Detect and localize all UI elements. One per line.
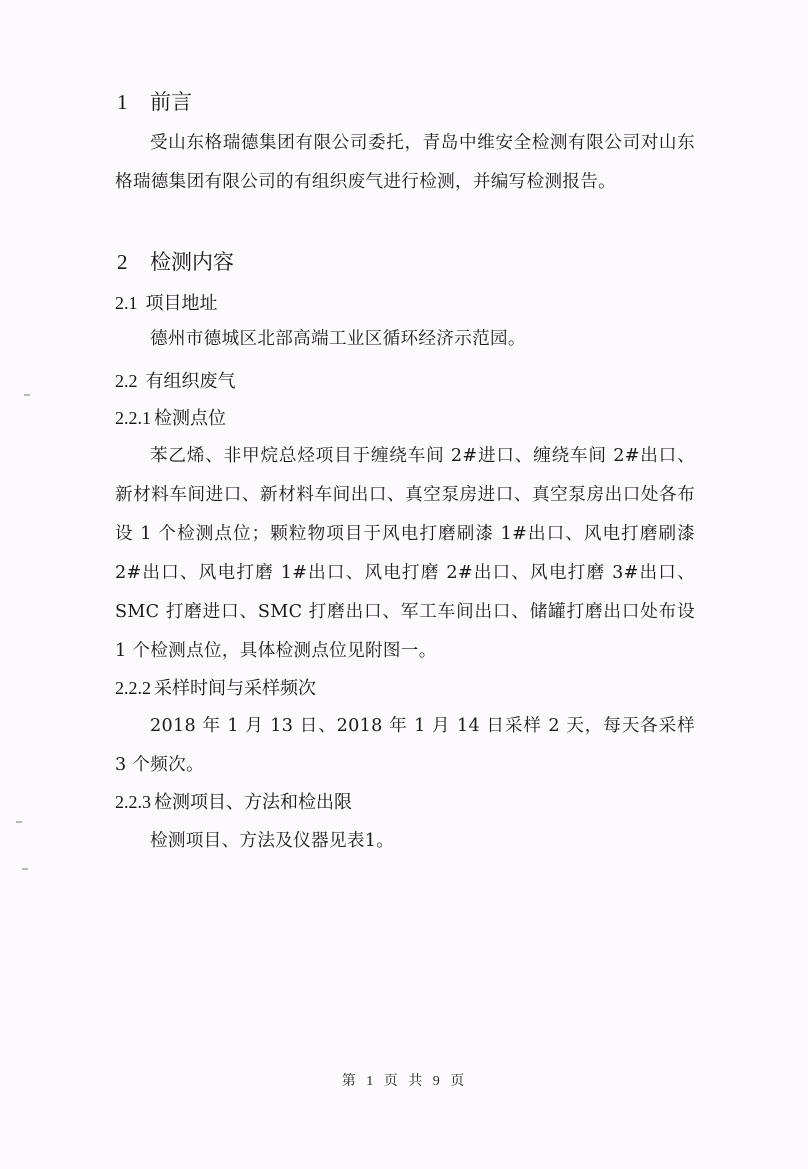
heading-detection-items: 2.2.3检测项目、方法和检出限 bbox=[115, 791, 352, 814]
sampling-time-paragraph: 2018 年 1 月 13 日、2018 年 1 月 14 日采样 2 天，每天… bbox=[115, 707, 695, 785]
section-title: 有组织废气 bbox=[146, 371, 236, 392]
section-title: 项目地址 bbox=[146, 293, 218, 314]
preface-paragraph: 受山东格瑞德集团有限公司委托，青岛中维安全检测有限公司对山东格瑞德集团有限公司的… bbox=[115, 124, 695, 202]
heading-preface: 1前言 bbox=[117, 90, 192, 114]
detection-items-paragraph: 检测项目、方法及仪器见表1。 bbox=[115, 822, 695, 861]
section-title: 采样时间与采样频次 bbox=[154, 678, 316, 699]
project-address-paragraph: 德州市德城区北部高端工业区循环经济示范园。 bbox=[115, 320, 695, 359]
section-number: 2.2.2 bbox=[115, 678, 151, 698]
heading-project-address: 2.1项目地址 bbox=[115, 292, 218, 315]
page-number-footer: 第 1 页 共 9 页 bbox=[0, 1070, 808, 1090]
heading-organized-exhaust: 2.2有组织废气 bbox=[115, 370, 236, 393]
scan-artifact bbox=[24, 394, 30, 396]
section-number: 2.1 bbox=[115, 293, 138, 313]
heading-sampling-time: 2.2.2采样时间与采样频次 bbox=[115, 677, 316, 700]
section-number: 2.2 bbox=[115, 371, 138, 391]
section-number: 2.2.3 bbox=[115, 792, 151, 812]
heading-detection-content: 2检测内容 bbox=[117, 250, 234, 274]
scan-artifact bbox=[22, 868, 28, 870]
section-title: 检测内容 bbox=[150, 250, 234, 274]
section-title: 检测点位 bbox=[154, 408, 226, 429]
detection-points-paragraph: 苯乙烯、非甲烷总烃项目于缠绕车间 2#进口、缠绕车间 2#出口、新材料车间进口、… bbox=[115, 437, 695, 671]
section-title: 检测项目、方法和检出限 bbox=[154, 792, 352, 813]
section-title: 前言 bbox=[150, 90, 192, 114]
scan-artifact bbox=[16, 821, 22, 823]
section-number: 2.2.1 bbox=[115, 408, 151, 428]
document-page: 1前言 受山东格瑞德集团有限公司委托，青岛中维安全检测有限公司对山东格瑞德集团有… bbox=[0, 0, 808, 1169]
section-number: 2 bbox=[117, 250, 150, 274]
section-number: 1 bbox=[117, 90, 150, 114]
heading-detection-points: 2.2.1检测点位 bbox=[115, 407, 226, 430]
